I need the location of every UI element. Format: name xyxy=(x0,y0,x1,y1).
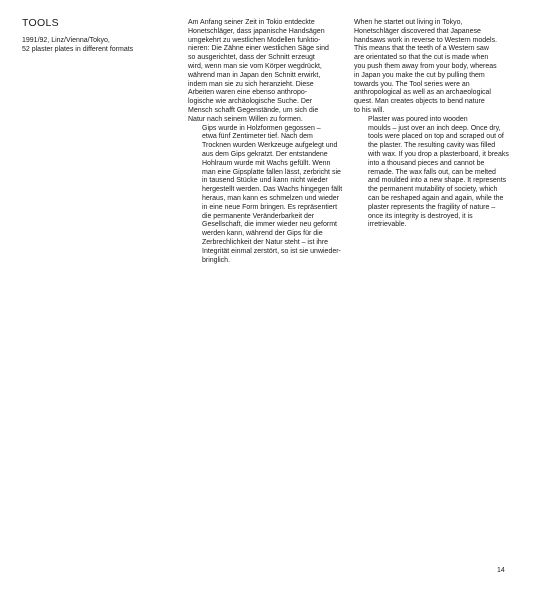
german-paragraph-2: Gips wurde in Holzformen gegossen –etwa … xyxy=(188,125,348,266)
text-line: tools were placed on top and scraped out… xyxy=(354,133,514,142)
text-line: This means that the teeth of a Western s… xyxy=(354,45,514,54)
text-line: you push them away from your body, where… xyxy=(354,63,514,72)
text-line: indem man sie zu sich heranzieht. Diese xyxy=(188,81,348,90)
text-line: once its integrity is destroyed, it is xyxy=(354,213,514,222)
text-line: so ausgerichtet, dass der Schnitt erzeug… xyxy=(188,54,348,63)
text-line: Am Anfang seiner Zeit in Tokio entdeckte xyxy=(188,19,348,28)
text-line: handsaws work in reverse to Western mode… xyxy=(354,37,514,46)
text-line: Hohlraum wurde mit Wachs gefüllt. Wenn xyxy=(188,160,348,169)
text-line: aus dem Gips gekratzt. Der entstandene xyxy=(188,151,348,160)
text-line: and moulded into a new shape. It represe… xyxy=(354,177,514,186)
text-line: moulds – just over an inch deep. Once dr… xyxy=(354,125,514,134)
text-line: to his will. xyxy=(354,107,514,116)
text-line: Integrität einmal zerstört, so ist sie u… xyxy=(188,248,348,257)
text-line: bringlich. xyxy=(188,257,348,266)
text-line: Gips wurde in Holzformen gegossen – xyxy=(188,125,348,134)
text-line: towards you. The Tool series were an xyxy=(354,81,514,90)
text-line: Zerbrechlichkeit der Natur steht – ist i… xyxy=(188,239,348,248)
text-line: in tausend Stücke und kann nicht wieder xyxy=(188,177,348,186)
text-line: hergestellt werden. Das Wachs hingegen f… xyxy=(188,186,348,195)
text-line: can be reshaped again and again, while t… xyxy=(354,195,514,204)
text-line: irretrievable. xyxy=(354,221,514,230)
text-line: während man in Japan den Schnitt erwirkt… xyxy=(188,72,348,81)
subtitle-line: 1991/92, Linz/Vienna/Tokyo, xyxy=(22,37,133,46)
page-number: 14 xyxy=(497,567,505,574)
text-line: When he startet out living in Tokyo, xyxy=(354,19,514,28)
text-line: quest. Man creates objects to bend natur… xyxy=(354,98,514,107)
text-line: etwa fünf Zentimeter tief. Nach dem xyxy=(188,133,348,142)
german-text-column: Am Anfang seiner Zeit in Tokio entdeckte… xyxy=(188,19,348,265)
text-line: umgekehrt zu westlichen Modellen funktio… xyxy=(188,37,348,46)
text-line: Natur nach seinem Willen zu formen. xyxy=(188,116,348,125)
english-text-column: When he startet out living in Tokyo,Hone… xyxy=(354,19,514,230)
text-line: the permanent mutability of society, whi… xyxy=(354,186,514,195)
text-line: in Japan you make the cut by pulling the… xyxy=(354,72,514,81)
english-paragraph-1: When he startet out living in Tokyo,Hone… xyxy=(354,19,514,116)
text-line: Honetschläger, dass japanische Handsägen xyxy=(188,28,348,37)
work-subtitle: 1991/92, Linz/Vienna/Tokyo, 52 plaster p… xyxy=(22,37,133,55)
text-line: into a thousand pieces and cannot be xyxy=(354,160,514,169)
text-line: wird, wenn man sie vom Körper wegdrückt, xyxy=(188,63,348,72)
text-line: Plaster was poured into wooden xyxy=(354,116,514,125)
text-line: plaster represents the fragility of natu… xyxy=(354,204,514,213)
text-line: Trocknen wurden Werkzeuge aufgelegt und xyxy=(188,142,348,151)
text-line: werden kann, während der Gips für die xyxy=(188,230,348,239)
german-paragraph-1: Am Anfang seiner Zeit in Tokio entdeckte… xyxy=(188,19,348,125)
text-line: nieren: Die Zähne einer westlichen Säge … xyxy=(188,45,348,54)
text-line: anthropological as well as an archaeolog… xyxy=(354,89,514,98)
text-line: are orientated so that the cut is made w… xyxy=(354,54,514,63)
text-line: Gesellschaft, die immer wieder neu gefor… xyxy=(188,221,348,230)
page-title: TOOLS xyxy=(22,17,59,29)
text-line: remade. The wax falls out, can be melted xyxy=(354,169,514,178)
text-line: Mensch schafft Gegenstände, um sich die xyxy=(188,107,348,116)
text-line: in eine neue Form bringen. Es repräsenti… xyxy=(188,204,348,213)
subtitle-line: 52 plaster plates in different formats xyxy=(22,46,133,55)
text-line: Arbeiten waren eine ebenso anthropo- xyxy=(188,89,348,98)
text-line: the plaster. The resulting cavity was fi… xyxy=(354,142,514,151)
text-line: man eine Gipsplatte fallen lässt, zerbri… xyxy=(188,169,348,178)
text-line: die permanente Veränderbarkeit der xyxy=(188,213,348,222)
english-paragraph-2: Plaster was poured into woodenmoulds – j… xyxy=(354,116,514,230)
text-line: with wax. If you drop a plasterboard, it… xyxy=(354,151,514,160)
text-line: heraus, man kann es schmelzen und wieder xyxy=(188,195,348,204)
text-line: logische wie archäologische Suche. Der xyxy=(188,98,348,107)
text-line: Honetschläger discovered that Japanese xyxy=(354,28,514,37)
